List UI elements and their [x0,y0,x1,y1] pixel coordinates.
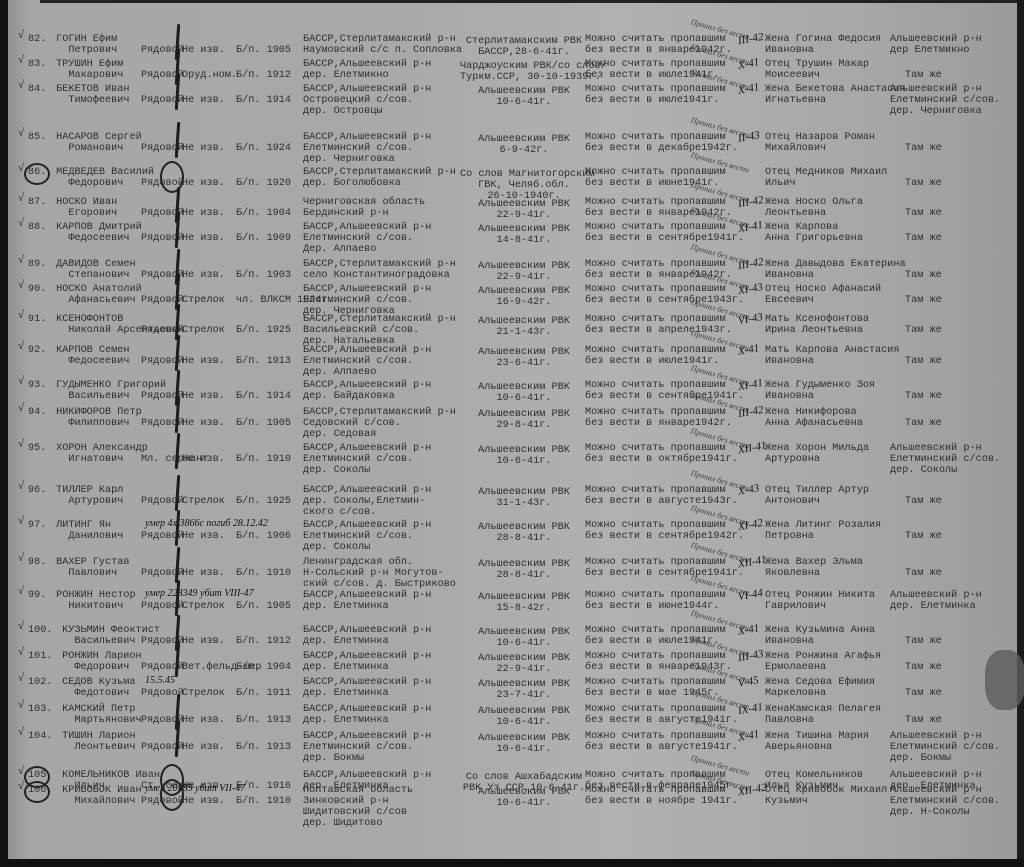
missing-status: Можно считать пропавшим без вести в дека… [585,132,738,154]
next-of-kin: Жена Бекетова Анастасия Игнатьевна [765,84,906,106]
next-of-kin: Отец Медников Михаил Ильич [765,167,887,189]
soldier-position: Не изв. [182,356,225,367]
kin-address: Там же [905,688,942,699]
next-of-kin: Жена Кузьмина Анна Ивановна [765,625,875,647]
row-number: 93. [28,380,46,391]
draft-office: Альшеевским РВК 10-6-41г. [460,733,588,755]
next-of-kin: Жена Давыдова Екатерина Ивановна [765,259,906,281]
handwritten-note: умер 228349 убит VIII-47 [145,588,254,599]
handwritten-date-mark: III-42 [737,405,764,420]
soldier-name: КАРПОВ Семен Федосеевич [50,345,129,367]
kin-address: Там же [905,391,942,402]
draft-office: Чарджоуским РВК/со слов/ Туркм.ССР, 30-1… [460,61,588,83]
pencil-check-mark: √ [18,218,24,229]
pencil-check-mark: √ [18,516,24,527]
pencil-check-mark: √ [18,310,24,321]
draft-office: Альшеевским РВК 10-6-41г. [460,706,588,728]
draft-office: Альшеевским РВК 28-8-41г. [460,522,588,544]
soldier-position: Стрелок [182,601,225,612]
missing-status: Можно считать пропавшим без вести в июле… [585,345,726,367]
row-number: 84. [28,84,46,95]
party-and-birth-year: Б/п. 1914 [236,95,291,106]
next-of-kin: Жена Никифорова Анна Афанасьевна [765,407,863,429]
pencil-check-mark: √ [18,193,24,204]
handwritten-date-mark: XII-42 [737,783,767,799]
birthplace: Черниговская область Бердинский р-н [303,197,425,219]
birthplace: Полтавская область Зинковский р-н Шидито… [303,785,413,829]
soldier-position: Не изв. [182,270,225,281]
soldier-name: НОСКО Иван Егорович [50,197,117,219]
missing-status: Можно считать пропавшим без вести в сент… [585,557,744,579]
soldier-name: КРИВОБОК Иван Михайлович [56,785,142,807]
missing-status: Можно считать пропавшим без вести в янва… [585,407,732,429]
handwritten-date-mark: III-42 [737,257,764,272]
party-and-birth-year: Б/п. 1911 [236,688,291,699]
draft-office: Альшеевским РВК 10-6-41г. [460,445,588,467]
soldier-name: БЕКЕТОВ Иван Тимофеевич [50,84,129,106]
birthplace: БАССР,Альшеевский р-н дер. Елетмикно [303,59,431,81]
soldier-name: НАСАРОВ Сергей Романович [50,132,142,154]
draft-office: Альшеевским РВК 28-8-41г. [460,559,588,581]
birthplace: БАССР,Альшеевский р-н Островецкий с/сов.… [303,84,431,117]
handwritten-date-mark: X-41 [737,623,760,638]
next-of-kin: Отец Кривобок Михаил Кузьмич [765,785,887,807]
next-of-kin: Жена Седова Ефимия Маркеловна [765,677,875,699]
handwritten-note: 15.5.45 [145,675,175,686]
birthplace: БАССР,Альшеевский р-н дер. Елетминка [303,704,431,726]
kin-address: Там же [905,662,942,673]
row-number: 99. [28,590,46,601]
archival-document-page: √82. ГОГИН Ефим ПетровичРядовойНе изв.Б/… [0,0,1024,867]
birthplace: БАССР,Альшеевский р-н дер. Елетминка [303,590,431,612]
draft-office: Альшеевским РВК 14-8-41г. [460,224,588,246]
handwritten-date-mark: IX-41 [737,702,764,717]
number-circle [24,163,50,185]
handwritten-date-mark: X-41 [737,82,760,97]
ink-circle [160,161,184,193]
next-of-kin: Жена Гогина Федосия Ивановна [765,34,881,56]
next-of-kin: Отец Ронжин Никита Гаврилович [765,590,875,612]
soldier-position: Не изв. [182,143,225,154]
soldier-name: ТРУШИН Ефим Макарович [50,59,123,81]
soldier-position: Не изв. [182,568,225,579]
party-and-birth-year: Б/п. 1905 [236,45,291,56]
next-of-kin: Жена Тишина Мария Аверьяновна [765,731,869,753]
soldier-name: ЛИТИНГ Ян Данилович [50,520,123,542]
birthplace: БАССР,Альшеевский р-н дер. Елетминка [303,651,431,673]
row-number: 90. [28,284,46,295]
draft-office: Альшеевским РВК 10-6-41г. [460,627,588,649]
party-and-birth-year: Б/п. 1913 [236,715,291,726]
soldier-name: СЕДОВ Кузьма Федотович [56,677,135,699]
soldier-position: Не изв. [182,178,225,189]
kin-address: Там же [905,715,942,726]
birthplace: БАССР,Стерлитамакский р-н Седовский с/со… [303,407,456,440]
soldier-position: Оруд.ном. [182,70,237,81]
missing-status: Можно считать пропавшим без вести в сент… [585,284,744,306]
soldier-position: Не изв. [182,531,225,542]
birthplace: БАССР,Стерлитамакский р-н Васильевский с… [303,314,456,347]
kin-address: Там же [905,295,942,306]
pencil-check-mark: √ [18,30,24,41]
row-number: 96. [28,485,46,496]
kin-address: Там же [905,208,942,219]
number-circle [24,781,50,803]
pencil-check-mark: √ [18,439,24,450]
handwritten-date-mark: VI-44 [737,588,764,603]
draft-office: Альшеевским РВК 21-1-43г. [460,316,588,338]
missing-status: Можно считать пропавшим без вести в июне… [585,590,726,612]
soldier-name: КАМСКИЙ Петр Мартьянович [56,704,142,726]
party-and-birth-year: Б/п. 1910 [236,796,291,807]
next-of-kin: Отец Тиллер Артур Антонович [765,485,869,507]
draft-office: Альшеевским РВК 23-6-41г. [460,347,588,369]
party-and-birth-year: Б/п. 1925 [236,325,291,336]
birthplace: БАССР,Альшеевский р-н Елетминский с/сов.… [303,731,431,764]
row-number: 91. [28,314,46,325]
draft-office: Альшеевским РВК 29-8-41г. [460,409,588,431]
handwritten-date-mark: II-43 [737,130,761,145]
birthplace: БАССР,Стерлитамакский р-н Наумовский с/с… [303,34,462,56]
handwritten-date-mark: VI-43 [737,312,764,327]
pencil-check-mark: √ [18,553,24,564]
draft-office: Альшеевским РВК 10-6-41г. [460,787,588,809]
kin-address: Альшеевский р-н Елетминский с/сов. дер. … [890,731,1000,764]
next-of-kin: Жена Хорон Мильда Артуровна [765,443,869,465]
pencil-check-mark: √ [18,481,24,492]
row-number: 94. [28,407,46,418]
pencil-check-mark: √ [18,80,24,91]
next-of-kin: Мать Карпова Анастасия Ивановна [765,345,900,367]
handwritten-date-mark: XI-43 [737,282,764,297]
handwritten-date-mark: III-43 [737,649,764,664]
next-of-kin: Жена Карпова Анна Григорьевна [765,222,863,244]
party-and-birth-year: Б/п. 1910 [236,568,291,579]
party-and-birth-year: Б/п. 1906 [236,531,291,542]
soldier-position: Не изв. [182,715,225,726]
soldier-position: Стрелок [182,295,225,306]
next-of-kin: Жена Литинг Розалия Петровна [765,520,881,542]
draft-office: Стерлитамакским РВК БАССР,28-6-41г. [460,36,588,58]
soldier-position: Не изв. [182,233,225,244]
row-number: 89. [28,259,46,270]
row-number: 104. [28,731,52,742]
handwritten-date-mark: XII-41 [737,555,767,571]
kin-address: Там же [905,70,942,81]
kin-address: Там же [905,636,942,647]
party-and-birth-year: Б/п. 1924 [236,143,291,154]
soldier-name: ТИЛЛЕР Карл Артурович [50,485,123,507]
draft-office: Альшеевским РВК 31-1-43г. [460,487,588,509]
draft-office: Альшеевским РВК 10-6-41г. [460,382,588,404]
soldier-name: ТИШИН Ларион Леонтьевич [56,731,135,753]
draft-office: Альшеевским РВК 22-9-41г. [460,261,588,283]
next-of-kin: Мать Ксенофонтова Ирина Леонтьевна [765,314,869,336]
soldier-name: НОСКО Анатолий Афанасьевич [50,284,142,306]
birthplace: БАССР,Альшеевский р-н дер. Байдаковка [303,380,431,402]
soldier-name: ВАХЕР Густав Павлович [50,557,129,579]
scan-top-edge [40,0,1024,3]
missing-status: Можно считать пропавшим без вести в сент… [585,222,744,244]
pencil-check-mark: √ [18,586,24,597]
handwritten-date-mark: V-45 [737,675,759,689]
birthplace: БАССР,Альшеевский р-н дер. Елетминка [303,625,431,647]
party-and-birth-year: Б/п. 1904 [236,662,291,673]
soldier-name: МЕДВЕДЕВ Василий Федорович [50,167,154,189]
birthplace: БАССР,Альшеевский р-н Елетминский с/сов.… [303,284,431,317]
party-and-birth-year: Б/п. 1914 [236,391,291,402]
next-of-kin: Жена Вахер Эльма Яковлевна [765,557,863,579]
handwritten-date-mark: III-42 [737,195,764,210]
row-number: 95. [28,443,46,454]
missing-status: Можно считать пропавшим без вести в авгу… [585,731,738,753]
pencil-check-mark: √ [18,55,24,66]
party-and-birth-year: Б/п. 1913 [236,356,291,367]
kin-address: Там же [905,270,942,281]
kin-address: Альшеевский р-н дер Елетмикно [890,34,982,56]
pencil-check-mark: √ [18,255,24,266]
soldier-name: КАРПОВ Дмитрий Федосеевич [50,222,142,244]
kin-address: Альшеевский р-н Елетминский с/сов. дер. … [890,785,1000,818]
party-and-birth-year: Б/п. 1903 [236,270,291,281]
next-of-kin: Жена Гудыменко Зоя Ивановна [765,380,875,402]
pencil-check-mark: √ [18,376,24,387]
handwritten-date-mark: X-43 [737,483,760,498]
pencil-check-mark: √ [18,341,24,352]
draft-office: Альшеевским РВК 15-8-42г. [460,592,588,614]
birthplace: БАССР,Стерлитамакский р-н дер. Боголюбов… [303,167,456,189]
soldier-position: Не изв. [182,95,225,106]
soldier-name: ДАВИДОВ Семен Степанович [50,259,136,281]
party-and-birth-year: Б/п. 1912 [236,636,291,647]
birthplace: БАССР,Альшеевский р-н Елетминский с/сов.… [303,443,431,476]
pencil-check-mark: √ [18,700,24,711]
birthplace: БАССР,Альшеевский р-н Елетминский с/сов.… [303,132,431,165]
ink-circle [160,779,184,811]
party-and-birth-year: Б/п. 1912 [236,70,291,81]
handwritten-date-mark: XI-42 [737,518,764,533]
paper-stain [985,650,1024,710]
soldier-position: Не изв. [182,391,225,402]
birthplace: БАССР,Стерлитамакский р-н село Константи… [303,259,456,281]
draft-office: Альшеевским РВК 22-9-41г. [460,653,588,675]
kin-address: Там же [905,178,942,189]
soldier-position: Стрелок [182,688,225,699]
row-number: 85. [28,132,46,143]
row-number: 101. [28,651,52,662]
kin-address: Там же [905,418,942,429]
pencil-check-mark: √ [18,621,24,632]
row-number: 92. [28,345,46,356]
missing-status: Можно считать пропавшим без вести в июле… [585,84,726,106]
next-of-kin: Отец Носко Афанасий Евсеевич [765,284,881,306]
row-number: 83. [28,59,46,70]
handwritten-date-mark: XII-41 [737,441,767,457]
party-and-birth-year: Б/п. 1904 [236,208,291,219]
party-and-birth-year: Б/п. 1905 [236,418,291,429]
soldier-position: Не изв. [182,418,225,429]
draft-office: Альшеевским РВК 16-9-42г. [460,286,588,308]
party-and-birth-year: Б/п. 1905 [236,601,291,612]
next-of-kin: Отец Трушин Макар Моисеевич [765,59,869,81]
draft-office: Альшеевским РВК 10-6-41г. [460,86,588,108]
birthplace: БАССР,Альшеевский р-н дер. Елетминка [303,677,431,699]
soldier-name: ГОГИН Ефим Петрович [50,34,117,56]
row-number: 82. [28,34,46,45]
pencil-check-mark: √ [18,647,24,658]
handwritten-date-mark: XI-41 [737,220,764,235]
kin-address: Там же [905,531,942,542]
missing-status: Можно считать пропавшим без вести в авгу… [585,485,738,507]
soldier-position: Не изв. [182,45,225,56]
pencil-check-mark: √ [18,673,24,684]
pencil-check-mark: √ [18,280,24,291]
handwritten-date-mark: III-42 [737,32,764,47]
soldier-position: Не изв. [182,742,225,753]
kin-address: Там же [905,325,942,336]
scan-right-edge [1017,0,1024,867]
soldier-position: Не изв. [182,208,225,219]
party-and-birth-year: Б/п. 1909 [236,233,291,244]
pencil-check-mark: √ [18,128,24,139]
kin-address: Там же [905,143,942,154]
soldier-name: РОНЖИН Ларион Федорович [56,651,142,673]
draft-office: Альшеевским РВК 6-9-42г. [460,134,588,156]
birthplace: БАССР,Альшеевский р-н Елетминский с/сов.… [303,345,431,378]
birthplace: БАССР,Альшеевский р-н Елетминский с/сов.… [303,520,431,553]
kin-address: Там же [905,496,942,507]
draft-office: Со слов Магнитогорским ГВК, Челяб.обл. 2… [460,169,588,202]
kin-address: Там же [905,568,942,579]
draft-office: Альшеевским РВК 22-9-41г. [460,199,588,221]
soldier-position: Стрелок [182,496,225,507]
missing-status: Можно считать пропавшим без вести в нояб… [585,785,738,807]
row-number: 88. [28,222,46,233]
row-number: 102. [28,677,52,688]
party-and-birth-year: Б/п. 1925 [236,496,291,507]
handwritten-note: умер 4х 3866с погиб 28.12.42 [145,518,268,529]
party-and-birth-year: Б/п. 1910 [236,454,291,465]
row-number: 103. [28,704,52,715]
pencil-check-mark: √ [18,403,24,414]
kin-address: Альшеевский р-н Елетминский с/сов. дер. … [890,84,1000,117]
kin-address: Альшеевский р-н дер. Елетминка [890,590,982,612]
row-number: 87. [28,197,46,208]
soldier-name: ХОРОН Александр Игнатович [50,443,148,465]
next-of-kin: Отец Назаров Роман Михайлович [765,132,875,154]
kin-address: Альшеевский р-н Елетминский с/сов. дер. … [890,443,1000,476]
draft-office: Альшеевским РВК 23-7-41г. [460,679,588,701]
handwritten-date-mark: X-41 [737,729,760,744]
soldier-name: НИКИФОРОВ Петр Филиппович [50,407,142,429]
row-number: 97. [28,520,46,531]
soldier-position: Не изв. [182,636,225,647]
party-and-birth-year: Б/п. 1920 [236,178,291,189]
pencil-check-mark: √ [18,727,24,738]
next-of-kin: Жена Ронжина Агафья Ермолаевна [765,651,881,673]
next-of-kin: ЖенаКамская Пелагея Павловна [765,704,881,726]
party-and-birth-year: Б/п. 1913 [236,742,291,753]
birthplace: Ленинградская обл. Н-Сольский р-н Могуто… [303,557,456,590]
row-number: 98. [28,557,46,568]
kin-address: Там же [905,356,942,367]
soldier-position: Не изв. [182,796,225,807]
kin-address: Там же [905,233,942,244]
handwritten-date-mark: XI-41 [737,378,764,393]
birthplace: БАССР,Альшеевский р-н дер. Соколы,Елетми… [303,485,431,518]
handwritten-date-mark: X-41 [737,57,760,72]
next-of-kin: Жена Носко Ольга Леонтьевна [765,197,863,219]
missing-status: Можно считать пропавшим без вести в сент… [585,520,744,542]
soldier-position: Не изв. [182,454,225,465]
missing-status: Можно считать пропавшим без вести в октя… [585,443,738,465]
birthplace: БАССР,Альшеевский р-н Елетминский с/сов.… [303,222,431,255]
soldier-name: РОНЖИН Нестор Никитович [50,590,136,612]
handwritten-date-mark: X-41 [737,343,760,358]
row-number: 100. [28,625,52,636]
soldier-position: Стрелок [182,325,225,336]
